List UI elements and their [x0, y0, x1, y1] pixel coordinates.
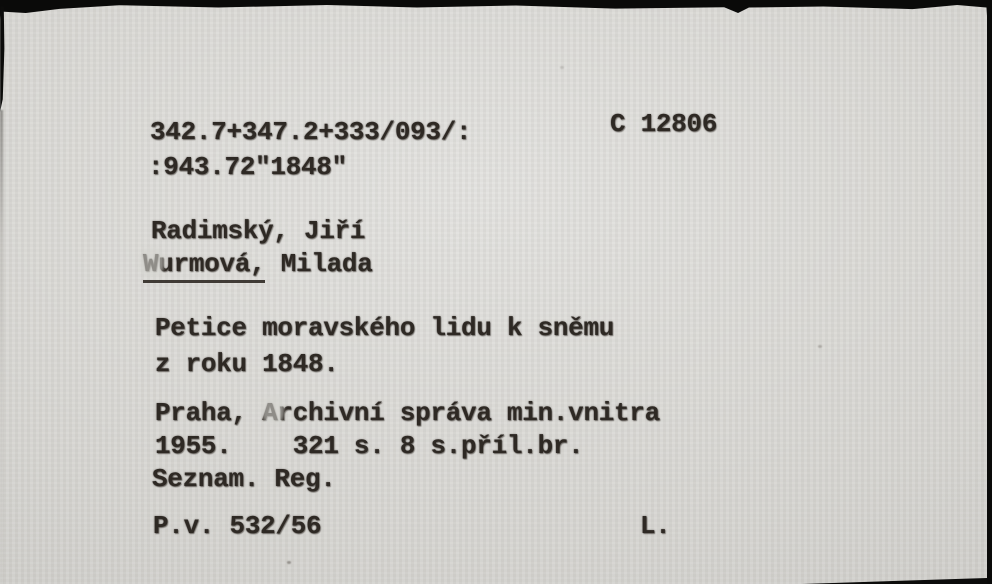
author-entry-1: Radimský, Jiří: [151, 214, 365, 248]
paper-speck: [287, 561, 291, 564]
scan-edge-left-shadow: [0, 110, 3, 584]
cataloguer-initial: L.: [640, 509, 671, 543]
classification-number-line1: 342.7+347.2+333/093/:: [150, 115, 471, 149]
imprint-line1: Praha, Archivní správa min.vnitra: [155, 396, 660, 430]
paper-speck: [818, 345, 822, 348]
ink-fade-spot: [262, 396, 284, 424]
author2-given-name: Milada: [265, 249, 372, 279]
title-line1: Petice moravského lidu k sněmu: [155, 311, 614, 345]
card-paper: 342.7+347.2+333/093/: C 12806 :943.72"18…: [0, 4, 987, 584]
imprint-line3: Seznam. Reg.: [152, 462, 336, 496]
ink-fade-spot: [140, 248, 164, 276]
call-number: C 12806: [610, 107, 717, 141]
scanned-catalog-card: 342.7+347.2+333/093/: C 12806 :943.72"18…: [0, 0, 992, 584]
paper-speck: [560, 66, 564, 69]
classification-number-line2: :943.72"1848": [148, 150, 347, 184]
title-line2: z roku 1848.: [155, 347, 339, 381]
accession-number: P.v. 532/56: [153, 509, 321, 543]
imprint-line2: 1955. 321 s. 8 s.příl.br.: [155, 429, 583, 463]
author-entry-2: Wurmová, Milada: [143, 247, 373, 281]
